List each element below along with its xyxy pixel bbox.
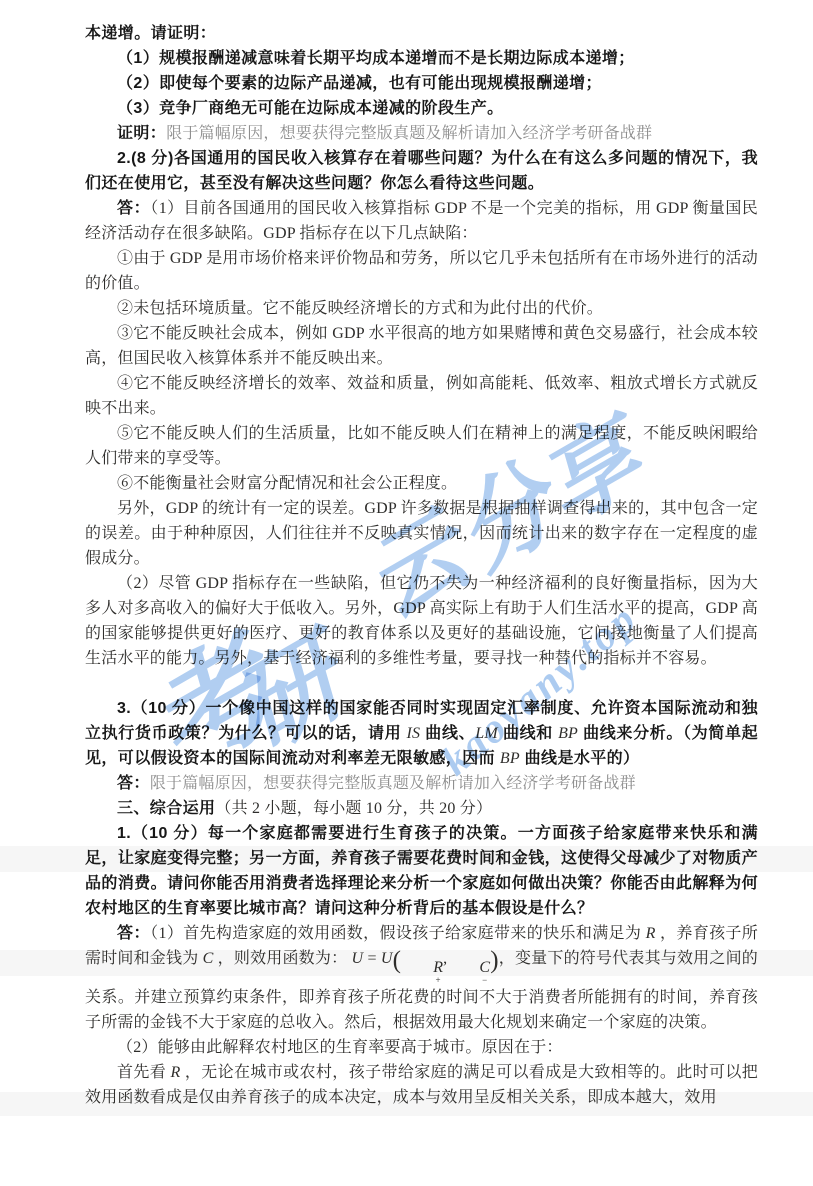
defect-4: ④它不能反映经济增长的效率、效益和质量，例如高能耗、低效率、粗放式增长方式就反映… xyxy=(85,371,758,421)
text-run: 答： xyxy=(117,775,150,792)
text-run: U xyxy=(352,950,364,967)
defect-5: ⑤它不能反映人们的生活质量，比如不能反映人们在精神上的满足程度，不能反映闲暇给人… xyxy=(85,421,758,471)
text-run: ①由于 GDP 是用市场价格来评价物品和劳务，所以它几乎未包括所有在市场外进行的… xyxy=(85,250,758,292)
answer-1-part1: 答：（1）首先构造家庭的效用函数，假设孩子给家庭带来的快乐和满足为 R ，养育孩… xyxy=(85,921,758,1035)
text-run: （2）能够由此解释农村地区的生育率要高于城市。原因在于： xyxy=(117,1039,563,1056)
text-run: 证明： xyxy=(117,125,166,142)
text-run: IS xyxy=(406,725,420,742)
text-run: （1）首先构造家庭的效用函数，假设孩子给家庭带来的快乐和满足为 xyxy=(150,925,646,942)
text-run: BP xyxy=(558,725,578,742)
text-run: 答： xyxy=(117,200,150,217)
text-run: 答： xyxy=(117,925,150,942)
proof-item-1: （1）规模报酬递减意味着长期平均成本递增而不是长期边际成本递增； xyxy=(85,46,758,71)
text-run: 曲线、 xyxy=(420,725,475,742)
question-2: 2.(8 分)各国通用的国民收入核算存在着哪些问题？为什么在有这么多问题的情况下… xyxy=(85,146,758,196)
text-run: 另外，GDP 的统计有一定的误差。GDP 许多数据是根据抽样调查得出来的，其中包… xyxy=(85,500,758,567)
text-run: （共 2 小题，每小题 10 分，共 20 分） xyxy=(215,800,492,817)
question-3: 3.（10 分）一个像中国这样的国家能否同时实现固定汇率制度、允许资本国际流动和… xyxy=(85,696,758,771)
text-run: R xyxy=(646,925,656,942)
text-run: BP xyxy=(500,750,520,767)
text-run: ④它不能反映经济增长的效率、效益和质量，例如高能耗、低效率、粗放式增长方式就反映… xyxy=(85,375,758,417)
text-run: （2）即使每个要素的边际产品递减，也有可能出现规模报酬递增； xyxy=(117,75,602,92)
defect-3: ③它不能反映社会成本，例如 GDP 水平很高的地方如果赌博和黄色交易盛行，社会成… xyxy=(85,321,758,371)
text-run: ( xyxy=(393,947,402,974)
text-run: = xyxy=(363,950,381,967)
question-1-comprehensive: 1.（10 分）每一个家庭都需要进行生育孩子的决策。一方面孩子给家庭带来快乐和满… xyxy=(85,821,758,921)
proof-item-3: （3）竞争厂商绝无可能在边际成本递减的阶段生产。 xyxy=(85,96,758,121)
text-run: 2.(8 分)各国通用的国民收入核算存在着哪些问题？为什么在有这么多问题的情况下… xyxy=(85,150,758,192)
proof-intro: 本递增。请证明： xyxy=(85,21,758,46)
text-run: 限于篇幅原因，想要获得完整版真题及解析请加入经济学考研备战群 xyxy=(166,125,652,142)
proof-item-2: （2）即使每个要素的边际产品递减，也有可能出现规模报酬递增； xyxy=(85,71,758,96)
defect-2: ②未包括环境质量。它不能反映经济增长的方式和为此付出的代价。 xyxy=(85,296,758,321)
proof-note: 证明：限于篇幅原因，想要获得完整版真题及解析请加入经济学考研备战群 xyxy=(85,121,758,146)
document-body: 本递增。请证明：（1）规模报酬递减意味着长期平均成本递增而不是长期边际成本递增；… xyxy=(85,21,758,1110)
text-run: 本递增。请证明： xyxy=(85,25,216,42)
text-run: R xyxy=(171,1064,181,1081)
text-run: 首先看 xyxy=(117,1064,171,1081)
text-run: ⑤它不能反映人们的生活质量，比如不能反映人们在精神上的满足程度，不能反映闲暇给人… xyxy=(85,425,758,467)
formula-var-with-sign: R+ xyxy=(401,960,443,985)
answer-3-note: 答：限于篇幅原因，想要获得完整版真题及解析请加入经济学考研备战群 xyxy=(85,771,758,796)
answer-2-part1: 答：（1）目前各国通用的国民收入核算指标 GDP 不是一个完美的指标，用 GDP… xyxy=(85,196,758,246)
formula-var-with-sign: C− xyxy=(447,960,490,985)
text-run: C xyxy=(203,950,214,967)
text-run: 1.（10 分）每一个家庭都需要进行生育孩子的决策。一方面孩子给家庭带来快乐和满… xyxy=(85,825,758,917)
text-run: ⑥不能衡量社会财富分配情况和社会公正程度。 xyxy=(117,475,457,492)
text-run: LM xyxy=(475,725,498,742)
defect-6: ⑥不能衡量社会财富分配情况和社会公正程度。 xyxy=(85,471,758,496)
text-run: （2）尽管 GDP 指标存在一些缺陷，但它仍不失为一种经济福利的良好衡量指标，因… xyxy=(85,575,758,667)
gdp-error-note: 另外，GDP 的统计有一定的误差。GDP 许多数据是根据抽样调查得出来的，其中包… xyxy=(85,496,758,571)
answer-1-part2: （2）能够由此解释农村地区的生育率要高于城市。原因在于： xyxy=(85,1035,758,1060)
text-run: （1）规模报酬递减意味着长期平均成本递增而不是长期边际成本递增； xyxy=(117,50,635,67)
answer-1-part3: 首先看 R ，无论在城市或农村，孩子带给家庭的满足可以看成是大致相等的。此时可以… xyxy=(85,1060,758,1110)
text-run: ③它不能反映社会成本，例如 GDP 水平很高的地方如果赌博和黄色交易盛行，社会成… xyxy=(85,325,758,367)
text-run: 限于篇幅原因，想要获得完整版真题及解析请加入经济学考研备战群 xyxy=(150,775,636,792)
text-run: U xyxy=(381,950,393,967)
text-run: ②未包括环境质量。它不能反映经济增长的方式和为此付出的代价。 xyxy=(117,300,603,317)
text-run: （3）竞争厂商绝无可能在边际成本递减的阶段生产。 xyxy=(117,100,504,117)
text-run: （1）目前各国通用的国民收入核算指标 GDP 不是一个完美的指标，用 GDP 衡… xyxy=(85,200,758,242)
text-run: 曲线和 xyxy=(498,725,558,742)
section-3-heading: 三、综合运用（共 2 小题，每小题 10 分，共 20 分） xyxy=(85,796,758,821)
text-run: 曲线是水平的） xyxy=(520,750,640,767)
text-run: ，无论在城市或农村，孩子带给家庭的满足可以看成是大致相等的。此时可以把效用函数看… xyxy=(85,1064,758,1106)
text-run: ，则效用函数为： xyxy=(213,950,351,967)
answer-2-part2: （2）尽管 GDP 指标存在一些缺陷，但它仍不失为一种经济福利的良好衡量指标，因… xyxy=(85,571,758,671)
text-run: ) xyxy=(490,947,499,974)
defect-1: ①由于 GDP 是用市场价格来评价物品和劳务，所以它几乎未包括所有在市场外进行的… xyxy=(85,246,758,296)
text-run: 三、综合运用 xyxy=(117,800,215,817)
